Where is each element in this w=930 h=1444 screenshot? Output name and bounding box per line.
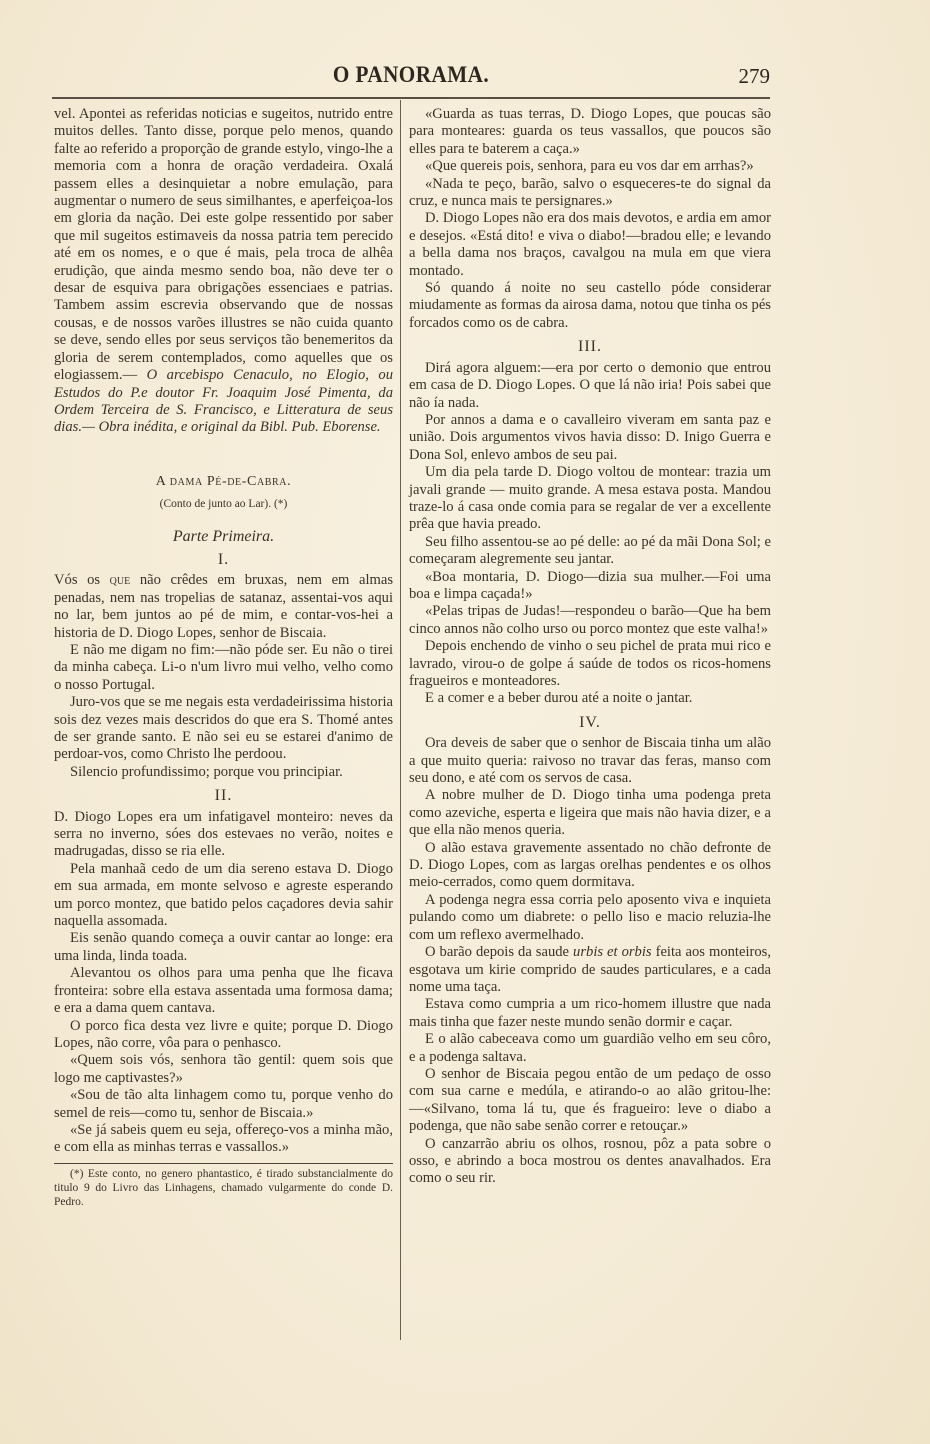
- section-heading-4: IV.: [409, 714, 771, 731]
- story-title: A dama Pé-de-Cabra.: [54, 473, 393, 490]
- paragraph: «Guarda as tuas terras, D. Diogo Lopes, …: [409, 106, 771, 158]
- paragraph: Silencio profundissimo; porque vou princ…: [54, 764, 393, 781]
- paragraph: Depois enchendo de vinho o seu pichel de…: [409, 638, 771, 690]
- section-heading-3: III.: [409, 338, 771, 355]
- paragraph: Eis senão quando começa a ouvir cantar a…: [54, 930, 393, 965]
- paragraph: E o alão cabeceava como um guardião velh…: [409, 1031, 771, 1066]
- header-rule: [52, 97, 770, 99]
- paragraph: Só quando á noite no seu castello póde c…: [409, 280, 771, 332]
- masthead-title: O PANORAMA.: [81, 62, 742, 88]
- section-heading-1: I.: [54, 551, 393, 568]
- latin-phrase: urbis et orbis: [573, 944, 652, 960]
- paragraph: Alevantou os olhos para uma penha que lh…: [54, 965, 393, 1017]
- part-heading: Parte Primeira.: [54, 528, 393, 545]
- paragraph: Dirá agora alguem:—era por certo o demon…: [409, 360, 771, 412]
- right-column: «Guarda as tuas terras, D. Diogo Lopes, …: [409, 106, 771, 1188]
- paragraph: Um dia pela tarde D. Diogo voltou de mon…: [409, 464, 771, 534]
- paragraph: Vós os que não crêdes em bruxas, nem em …: [54, 572, 393, 642]
- paragraph: «Boa montaria, D. Diogo—dizia sua mulher…: [409, 569, 771, 604]
- paragraph: «Nada te peço, barão, salvo o esqueceres…: [409, 176, 771, 211]
- intro-paragraph: vel. Apontei as referidas noticias e sug…: [54, 106, 393, 437]
- paragraph: Seu filho assentou-se ao pé delle: ao pé…: [409, 534, 771, 569]
- paragraph: O canzarrão abriu os olhos, rosnou, pôz …: [409, 1136, 771, 1188]
- paragraph: «Sou de tão alta linhagem como tu, porqu…: [54, 1087, 393, 1122]
- paragraph: Pela manhaã cedo de um dia sereno estava…: [54, 861, 393, 931]
- story-subtitle: (Conto de junto ao Lar). (*): [54, 496, 393, 513]
- paragraph: O porco fica desta vez livre e quite; po…: [54, 1018, 393, 1053]
- paragraph: «Quem sois vós, senhora tão gentil: quem…: [54, 1052, 393, 1087]
- paragraph: O senhor de Biscaia pegou então de um pe…: [409, 1066, 771, 1136]
- left-column: vel. Apontei as referidas noticias e sug…: [54, 106, 393, 1209]
- paragraph: E não me digam no fim:—não póde ser. Eu …: [54, 642, 393, 694]
- paragraph: D. Diogo Lopes não era dos mais devotos,…: [409, 210, 771, 280]
- page-number: 279: [739, 64, 771, 89]
- paragraph: O barão depois da saude urbis et orbis f…: [409, 944, 771, 996]
- paragraph: Juro-vos que se me negais esta verdadeir…: [54, 694, 393, 764]
- section-heading-2: II.: [54, 787, 393, 804]
- paragraph: Por annos a dama e o cavalleiro viveram …: [409, 412, 771, 464]
- paragraph: D. Diogo Lopes era um infatigavel montei…: [54, 809, 393, 861]
- page-header: O PANORAMA. 279: [52, 60, 770, 94]
- paragraph: «Que quereis pois, senhora, para eu vos …: [409, 158, 771, 175]
- paragraph: A podenga negra essa corria pelo aposent…: [409, 892, 771, 944]
- column-divider: [400, 100, 401, 1340]
- newspaper-page: O PANORAMA. 279 vel. Apontei as referida…: [0, 0, 930, 1444]
- footnote-rule: [54, 1163, 393, 1164]
- paragraph: E a comer e a beber durou até a noite o …: [409, 690, 771, 707]
- paragraph: «Pelas tripas de Judas!—respondeu o barã…: [409, 603, 771, 638]
- footnote: (*) Este conto, no genero phantastico, é…: [54, 1167, 393, 1209]
- paragraph: «Se já sabeis quem eu seja, offereço-vos…: [54, 1122, 393, 1157]
- paragraph: Ora deveis de saber que o senhor de Bisc…: [409, 735, 771, 787]
- paragraph: Estava como cumpria a um rico-homem illu…: [409, 996, 771, 1031]
- paragraph: A nobre mulher de D. Diogo tinha uma pod…: [409, 787, 771, 839]
- paragraph: O alão estava gravemente assentado no ch…: [409, 840, 771, 892]
